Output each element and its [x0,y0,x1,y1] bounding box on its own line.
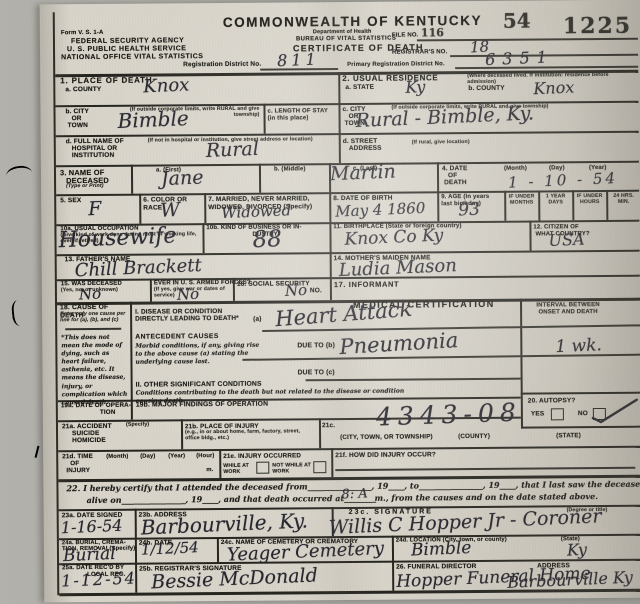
age-sub-3-bot: HOURS [580,199,600,205]
operation-findings-label: 19b. MAJOR FINDINGS OF OPERATION [136,401,268,410]
informant-label: 17. INFORMANT [334,280,399,290]
divider [135,509,137,538]
burial-value: Burial [63,544,116,566]
divider [606,190,608,220]
form-number: Form V. S. 1-A [61,30,104,38]
certificate-form: Form V. S. 1-A FEDERAL SECURITY AGENCY U… [53,8,640,596]
funeral-address-label: ADDRESS [537,562,570,570]
burial-date-value: 1/12/54 [141,538,200,558]
age-sub-2: 1 YEARDAYS [541,194,570,206]
file-no-line [417,38,638,41]
autopsy-label: 20. AUTOPSY? [528,397,576,405]
place-of-death-title: 1. PLACE OF DEATH [60,76,152,86]
reg-district-line [260,68,338,70]
certify-time-value: 8: A [341,486,368,502]
middle-name-label: b. (Middle) [274,166,306,173]
primary-district-label: Primary Registration District No. [347,61,445,69]
injury-state-label: (STATE) [556,432,581,440]
morbid-note: Morbid conditions, if any, giving rise t… [135,342,265,366]
injury-m-label: m. [206,467,213,474]
rule [335,467,635,471]
divider [529,221,531,251]
divider [572,190,574,220]
divider [319,418,321,448]
age-sub-4: 24 HRS.MIN. [609,194,638,206]
death-date-value: 1 - 10 - 54 [508,169,619,192]
reg-district-value: 811 [277,49,320,70]
registrars-no-label: REGISTRAR'S NO. [392,49,447,57]
stamp-1225: 1225 [563,13,632,40]
divider [219,449,221,478]
residence-county-value: Knox [533,77,575,98]
place-of-injury-note: (e.g., in or about home, farm, factory, … [185,429,313,442]
sex-value: F [88,198,102,221]
location-state-value: Ky [567,540,588,560]
divider [150,279,152,302]
pencil-mark [11,299,28,326]
location-city-value: Bimble [411,538,472,561]
autopsy-box: 20. AUTOPSY? YES NO [521,392,640,429]
cause-b-value: Pneumonia [339,328,459,359]
homicide-label: HOMICIDE [72,437,106,445]
cause-a-tag: (a) [253,316,261,324]
armed-forces-value-1: No [79,285,102,304]
date-received-value: 1-12-54 [61,568,137,590]
divider [338,72,341,163]
due-to-c-label: DUE TO (c) [298,369,335,377]
rule [306,378,521,381]
residence-county-label: b. COUNTY [468,85,504,93]
divider [181,419,183,449]
industry-value: 88 [252,226,282,253]
divider [204,193,206,223]
certify-line-2a: alive on________________, 19____, and th… [87,493,377,506]
autopsy-yes-label: YES [531,410,545,418]
city-label-town: TOWN [68,122,88,130]
rule [242,354,640,361]
file-no-value: 116 [421,26,444,39]
autopsy-no-label: NO [578,410,588,418]
residence-state-label: a. STATE [345,84,374,92]
residence-city-value: Rural - Bimble, Ky. [355,102,534,132]
length-of-stay-label: c. LENGTH OF STAY (in this place) [267,108,335,122]
ssn-value: No [285,281,308,300]
cause-note-2: *This does not mean the mode of dying, s… [61,334,128,407]
occupation-value: Housewife [58,223,177,253]
stamp-54: 54 [503,9,531,33]
age-sub-1-bot: MONTHS [510,199,533,205]
due-to-b-label: DUE TO (b) [297,342,335,350]
autopsy-yes-checkbox [551,408,564,420]
age-sub-1: IF UNDERMONTHS [507,194,536,206]
injury-day-label: (Day) [140,453,155,460]
while-at-work-label: WHILE AT WORK [223,463,255,476]
age-sub-3: IF UNDERHOURS [575,194,604,206]
injury-month-label: (Month) [106,454,128,461]
death-month-label: (Month) [504,166,527,173]
pencil-mark [5,164,33,181]
divider [217,537,219,562]
accident-specify-note: (Specify) [126,423,149,429]
while-at-work-checkbox [256,462,269,474]
divider [437,162,439,221]
divider [392,536,394,561]
divider [504,191,506,221]
disease-label-2: DIRECTLY LEADING TO DEATH* [135,315,239,324]
injury-city-label: (CITY, TOWN, OR TOWNSHIP) [340,433,433,441]
not-while-at-work-checkbox [313,461,326,473]
injury-occurred-label: 21e. INJURY OCCURRED [223,452,301,460]
divider [392,561,394,591]
county-label: a. COUNTY [65,86,101,94]
injury-c-label: 21c. [322,422,335,430]
divider [202,223,204,253]
age-value: 93 [458,200,480,221]
birthplace-value: Knox Co Ky [344,226,444,250]
armed-forces-value-2: No [177,285,200,304]
name-subtitle: (Type or Print) [66,184,104,190]
residence-state-value: Ky [405,77,426,97]
cause-note-1: Enter only one cause per line for (a), (… [60,312,126,324]
last-name-value: Martin [330,160,397,185]
operation-date-label-2: TION [100,409,116,417]
street-note: (If rural, give location) [412,140,470,146]
divider [259,164,261,193]
scanned-death-certificate: Form V. S. 1-A FEDERAL SECURITY AGENCY U… [40,0,640,602]
street-label-2: ADDRESS [349,145,382,153]
divider [331,448,333,477]
time-of-injury-injury: INJURY [66,467,90,475]
race-value: W [160,199,180,222]
antecedent-label: ANTECEDENT CAUSES [135,333,219,342]
injury-county-label: (COUNTY) [458,433,490,441]
citizen-value: USA [548,229,585,250]
divider [131,165,133,194]
date-signed-value: 1-16-54 [60,516,122,538]
death-date-death: DEATH [444,179,467,187]
sex-label: 5. SEX [60,197,81,205]
ssn-label-2: NO. [310,287,322,295]
marital-value: Widowed [221,201,292,222]
file-no-label: FILE NO. [392,32,419,39]
reg-district-label: Registration District No. [183,61,261,69]
divider [263,104,265,134]
primary-district-line [455,66,638,69]
divider [538,190,540,220]
divider [139,194,141,224]
pencil-mark [35,446,42,459]
scan-background: Form V. S. 1-A FEDERAL SECURITY AGENCY U… [0,0,640,604]
hospital-label-3: INSTITUTION [72,152,115,160]
hospital-value: Rural [205,138,259,162]
age-sub-2-bot: DAYS [548,199,563,205]
how-injury-occurred-label: 21f. HOW DID INJURY OCCUR? [335,451,436,460]
first-name-value: Jane [161,166,204,190]
county-value: Knox [143,74,190,97]
injury-hour-label: (Hour) [196,453,214,460]
age-sub-4-bot: MIN. [618,199,630,205]
city-value: Bimble [117,106,189,133]
autopsy-no-checkmark [589,396,640,426]
injury-year-label: (Year) [168,453,185,460]
certify-line-2b: m., from the causes and on the date stat… [375,491,599,503]
interval-header: INTERVAL BETWEEN ONSET AND DEATH [527,302,609,316]
birth-date-value: May 4 1860 [335,199,426,221]
operation-date-label: 19a. DATE OF OPERA- [61,402,131,410]
not-while-at-work-label: NOT WHILE AT WORK [272,462,312,475]
rule [65,328,121,330]
dept-line: Department of Health [313,29,372,36]
